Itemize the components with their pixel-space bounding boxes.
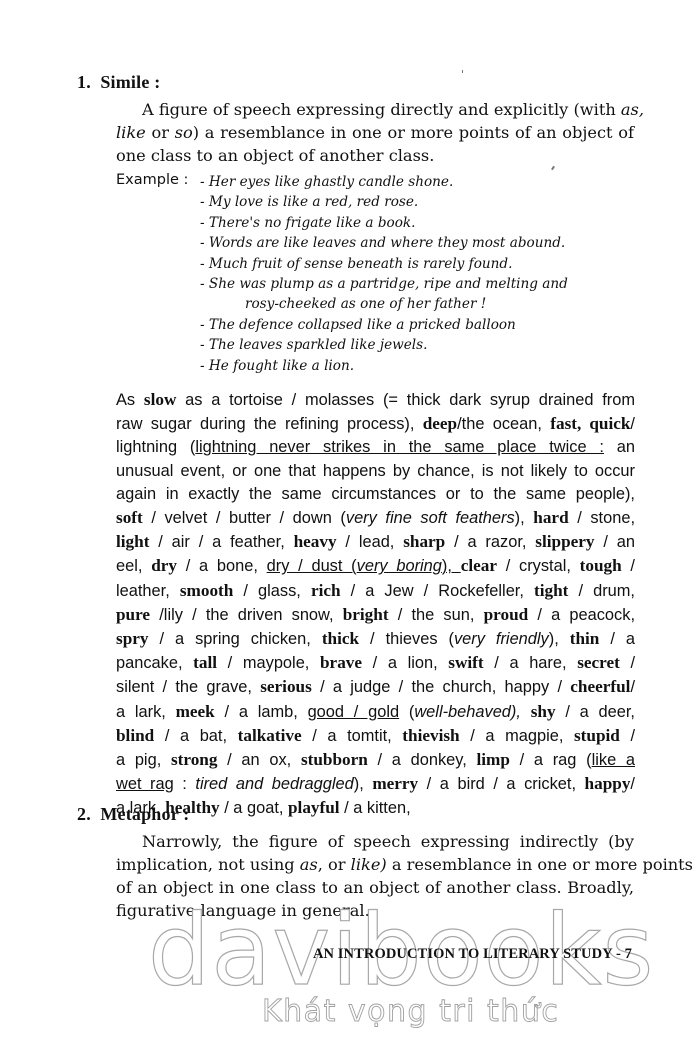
example-item: - My love is like a red, red rose.: [200, 192, 568, 212]
example-item: - The leaves sparkled like jewels.: [200, 335, 568, 355]
underlined-phrase: like a: [592, 751, 635, 769]
scan-speck: [551, 166, 555, 170]
simile-phrases-paragraph: As slow as a tortoise / molasses (= thic…: [116, 388, 635, 821]
keyword: proud: [484, 605, 529, 624]
scan-speck: [462, 70, 463, 73]
keyword: strong: [171, 750, 217, 769]
keyword: cheerful: [570, 677, 630, 696]
example-item-continuation: rosy-cheeked as one of her father !: [200, 294, 568, 314]
section-heading-simile: 1. Simile :: [77, 72, 160, 93]
metaphor-definition: Narrowly, the figure of speech expressin…: [116, 830, 634, 922]
italic-phrase: very friendly: [454, 630, 549, 648]
example-item: - Words are like leaves and where they m…: [200, 233, 568, 253]
text-line: again in exactly the same circumstances …: [116, 483, 635, 506]
section-title: Simile :: [100, 72, 160, 92]
text-line: silent / the grave, serious / a judge / …: [116, 675, 635, 699]
text-line: As slow as a tortoise / molasses (= thic…: [116, 388, 635, 412]
text-line: implication, not using as, or like) a re…: [116, 853, 634, 876]
text-line: light / air / a feather, heavy / lead, s…: [116, 530, 635, 554]
text-line: wet rag : tired and bedraggled), merry /…: [116, 772, 635, 796]
keyword: thin: [570, 629, 600, 648]
italic-phrase: like: [116, 123, 146, 142]
watermark-tagline: Khát vọng tri thức: [262, 997, 559, 1027]
keyword: swift: [448, 653, 483, 672]
keyword: serious: [260, 677, 312, 696]
underlined-phrase: dry / dust (very boring),: [267, 557, 461, 575]
keyword: spry: [116, 629, 148, 648]
keyword: rich: [311, 581, 341, 600]
keyword: pure: [116, 605, 150, 624]
section-number: 1.: [77, 72, 91, 92]
keyword: shy: [531, 702, 556, 721]
keyword: brave: [320, 653, 362, 672]
simile-definition: A figure of speech expressing directly a…: [116, 98, 634, 167]
text-line: pure /lily / the driven snow, bright / t…: [116, 603, 635, 627]
italic-phrase: as,: [621, 100, 644, 119]
text-line: raw sugar during the refining process), …: [116, 412, 635, 436]
keyword: soft: [116, 508, 143, 527]
italic-phrase: very fine soft feathers: [346, 509, 515, 527]
text-line: spry / a spring chicken, thick / thieves…: [116, 627, 635, 651]
example-item: - She was plump as a partridge, ripe and…: [200, 274, 568, 294]
keyword: slippery: [535, 532, 594, 551]
italic-phrase: tired and bedraggled: [195, 775, 353, 793]
text-line: lightning (lightning never strikes in th…: [116, 436, 635, 459]
keyword: limp: [477, 750, 510, 769]
example-item: - He fought like a lion.: [200, 356, 568, 376]
example-item: - Much fruit of sense beneath is rarely …: [200, 254, 568, 274]
keyword: clear: [461, 556, 497, 575]
text-line: A figure of speech expressing directly a…: [116, 98, 634, 121]
footer-separator: -: [616, 946, 621, 962]
text-line: leather, smooth / glass, rich / a Jew / …: [116, 579, 635, 603]
keyword: tight: [534, 581, 568, 600]
keyword: dry: [151, 556, 177, 575]
text-line: a lark, meek / a lamb, good / gold (well…: [116, 700, 635, 724]
text-line: one class to an object of another class.: [116, 144, 634, 167]
page-footer: AN INTRODUCTION TO LITERARY STUDY - 7: [0, 946, 632, 963]
text-line: pancake, tall / maypole, brave / a lion,…: [116, 651, 635, 675]
keyword: heavy: [294, 532, 337, 551]
keyword: tall: [193, 653, 217, 672]
keyword: bright: [343, 605, 389, 624]
keyword: blind: [116, 726, 154, 745]
text-line: soft / velvet / butter / down (very fine…: [116, 506, 635, 530]
keyword: deep: [423, 414, 457, 433]
underlined-phrase: wet rag: [116, 775, 174, 793]
text-line: blind / a bat, talkative / a tomtit, thi…: [116, 724, 635, 748]
italic-phrase: as: [300, 855, 318, 874]
text-line: Narrowly, the figure of speech expressin…: [116, 830, 634, 853]
italic-phrase: well-behaved),: [414, 703, 521, 721]
keyword: stupid: [574, 726, 620, 745]
keyword: light: [116, 532, 149, 551]
keyword: tough: [580, 556, 622, 575]
book-page: 1. Simile : A figure of speech expressin…: [0, 0, 700, 1038]
keyword: thick: [322, 629, 359, 648]
text-line: figurative language in general.: [116, 899, 634, 922]
section-title: Metaphor :: [100, 804, 189, 824]
underlined-phrase: lightning never strikes in the same plac…: [195, 438, 604, 456]
text-line: unusual event, or one that happens by ch…: [116, 460, 635, 483]
example-label: Example :: [116, 172, 188, 188]
keyword: happy: [585, 774, 631, 793]
italic-phrase: so: [175, 123, 193, 142]
keyword: talkative: [238, 726, 302, 745]
keyword: hard: [533, 508, 568, 527]
text-line: like or so) a resemblance in one or more…: [116, 121, 634, 144]
text-line: a pig, strong / an ox, stubborn / a donk…: [116, 748, 635, 772]
keyword: stubborn: [301, 750, 368, 769]
keyword: smooth: [180, 581, 233, 600]
keyword: thievish: [402, 726, 459, 745]
keyword: merry: [372, 774, 418, 793]
running-title: AN INTRODUCTION TO LITERARY STUDY: [313, 946, 612, 962]
keyword: meek: [176, 702, 215, 721]
text-line: eel, dry / a bone, dry / dust (very bori…: [116, 554, 635, 578]
section-heading-metaphor: 2. Metaphor :: [77, 804, 189, 825]
keyword: playful: [288, 798, 340, 817]
keyword: fast, quick: [550, 414, 630, 433]
example-item: - The defence collapsed like a pricked b…: [200, 315, 568, 335]
section-number: 2.: [77, 804, 91, 824]
italic-phrase: like): [351, 855, 387, 874]
keyword: sharp: [403, 532, 445, 551]
page-number: 7: [625, 946, 632, 962]
underlined-phrase: good / gold: [308, 703, 400, 721]
keyword: secret: [577, 653, 620, 672]
example-item: - There's no frigate like a book.: [200, 213, 568, 233]
keyword: slow: [144, 390, 176, 409]
simile-examples-list: - Her eyes like ghastly candle shone. - …: [200, 172, 568, 376]
text-line: of an object in one class to an object o…: [116, 876, 634, 899]
example-item: - Her eyes like ghastly candle shone.: [200, 172, 568, 192]
text-line: a lark, healthy / a goat, playful / a ki…: [116, 796, 635, 820]
